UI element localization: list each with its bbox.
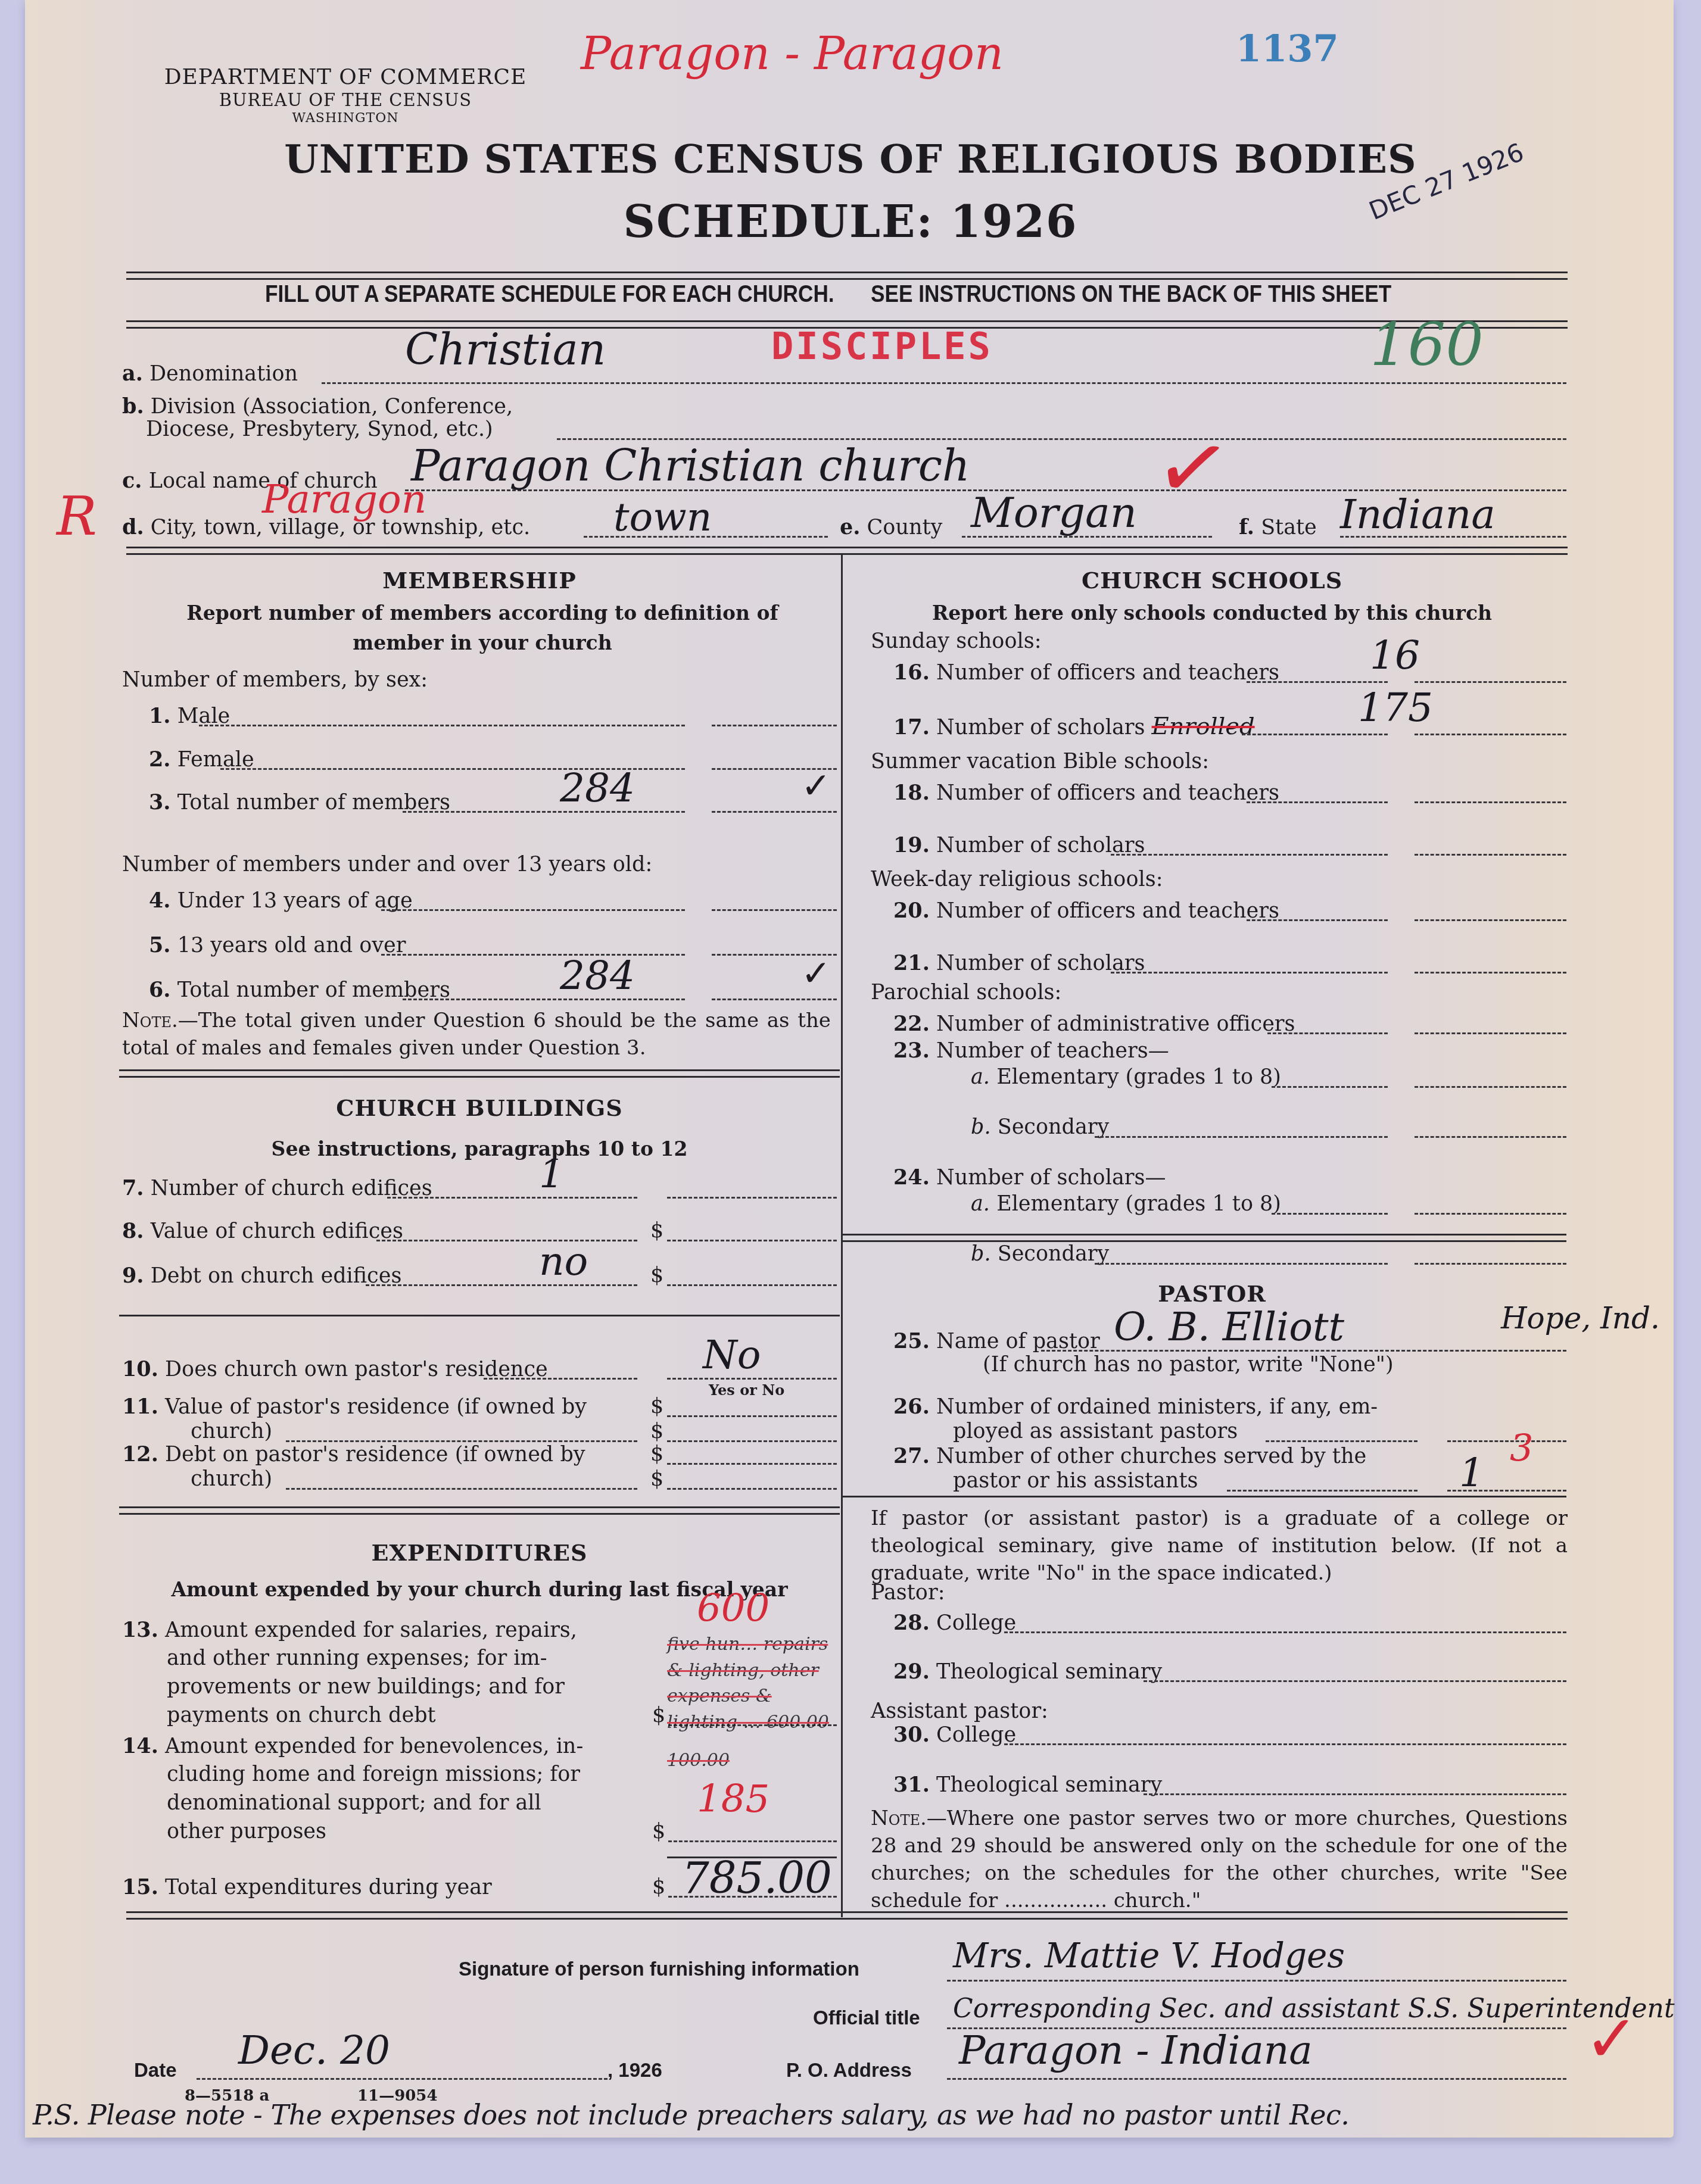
identification-divider bbox=[126, 547, 1568, 548]
school-group-label: Summer vacation Bible schools: bbox=[871, 751, 1209, 772]
building-item-field-2[interactable] bbox=[667, 1440, 837, 1442]
membership-item-value: 284 bbox=[560, 953, 635, 999]
pastor-name-value: O. B. Elliott bbox=[1114, 1304, 1344, 1350]
education-item-field[interactable] bbox=[1144, 1680, 1566, 1682]
ps-note: P.S. Please note - The expenses does not… bbox=[33, 2099, 1349, 2131]
school-item-field-2[interactable] bbox=[1415, 1263, 1566, 1265]
official-title-value: Corresponding Sec. and assistant S.S. Su… bbox=[953, 1993, 1675, 2024]
building-item-label: 10. Does church own pastor's residence bbox=[122, 1359, 548, 1380]
other-churches-label-2: pastor or his assistants bbox=[953, 1471, 1198, 1492]
expenditure-label: cluding home and foreign missions; for bbox=[167, 1764, 580, 1785]
membership-item-label: 5. 13 years old and over bbox=[149, 935, 406, 956]
expenditure-label: other purposes bbox=[167, 1821, 326, 1842]
building-item-field-2[interactable] bbox=[667, 1240, 837, 1241]
building-item-field-2[interactable] bbox=[667, 1415, 837, 1417]
school-item-field[interactable] bbox=[1267, 1032, 1388, 1034]
state-value: Indiana bbox=[1340, 491, 1496, 538]
school-item-label: 23. Number of teachers— bbox=[893, 1040, 1169, 1062]
expenditure-value: 185 bbox=[697, 1777, 769, 1821]
building-item-field-2[interactable] bbox=[667, 1378, 837, 1380]
pastor-location: Hope, Ind. bbox=[1501, 1301, 1660, 1336]
school-item-value: 175 bbox=[1358, 685, 1433, 731]
city-value: town bbox=[613, 494, 712, 540]
building-item-field-2[interactable] bbox=[667, 1197, 837, 1199]
denomination-stamp: DISCIPLES bbox=[771, 325, 993, 368]
subtotal-rule bbox=[667, 1857, 837, 1858]
date-field[interactable] bbox=[197, 2078, 607, 2080]
expenditure-label: provements or new buildings; and for bbox=[167, 1677, 565, 1698]
building-item-value: 1 bbox=[539, 1151, 564, 1197]
header-divider bbox=[126, 272, 1568, 273]
building-item-label: 9. Debt on church edifices bbox=[122, 1265, 401, 1287]
building-item-label-2: church) bbox=[191, 1469, 272, 1490]
assistant-pastors-field-2[interactable] bbox=[1447, 1440, 1566, 1442]
membership-item-label: 3. Total number of members bbox=[149, 792, 450, 813]
school-item-field-2[interactable] bbox=[1415, 854, 1566, 856]
school-item-field[interactable] bbox=[1095, 1263, 1388, 1265]
department-name: DEPARTMENT OF COMMERCE bbox=[131, 64, 560, 90]
dollar-sign: $ bbox=[652, 1877, 665, 1898]
city-annotation: Paragon bbox=[262, 476, 426, 522]
dollar-sign: $ bbox=[650, 1421, 663, 1442]
education-item-label: 28. College bbox=[893, 1612, 1016, 1634]
city-name: WASHINGTON bbox=[131, 111, 560, 126]
checkmark-icon: ✓ bbox=[801, 953, 831, 994]
po-address-label: P. O. Address bbox=[786, 2060, 912, 2080]
building-item-field[interactable] bbox=[366, 1284, 637, 1286]
school-item-label: 21. Number of scholars bbox=[893, 953, 1145, 974]
expenditure-label: denominational support; and for all bbox=[167, 1793, 541, 1814]
school-group-label: Sunday schools: bbox=[871, 631, 1041, 652]
school-item-field-2[interactable] bbox=[1415, 681, 1566, 683]
membership-subheading: Report number of members according to de… bbox=[155, 598, 810, 657]
building-item-field[interactable] bbox=[484, 1378, 637, 1380]
local-name-value: Paragon Christian church bbox=[411, 441, 970, 491]
building-item-field-2[interactable] bbox=[667, 1284, 837, 1286]
buildings-heading: CHURCH BUILDINGS bbox=[119, 1094, 840, 1121]
building-item-field-2[interactable] bbox=[667, 1463, 837, 1465]
membership-item-field-2[interactable] bbox=[712, 999, 837, 1000]
pastor-divider bbox=[843, 1496, 1566, 1497]
dollar-sign: $ bbox=[652, 1705, 665, 1726]
school-item-field-2[interactable] bbox=[1415, 972, 1566, 974]
schools-divider bbox=[843, 1234, 1566, 1235]
date-year: , 1926 bbox=[607, 2060, 662, 2080]
education-item-field[interactable] bbox=[1144, 1793, 1566, 1795]
pastor-subhead: Pastor: bbox=[871, 1583, 945, 1603]
education-item-field[interactable] bbox=[1004, 1631, 1566, 1633]
date-value: Dec. 20 bbox=[238, 2027, 390, 2073]
department-block: DEPARTMENT OF COMMERCE BUREAU OF THE CEN… bbox=[131, 64, 560, 126]
struck-entry: five hun… repairs & lighting, other expe… bbox=[667, 1631, 834, 1735]
membership-item-value: 284 bbox=[560, 765, 635, 811]
pastor-name-field[interactable] bbox=[1041, 1350, 1566, 1352]
bureau-name: BUREAU OF THE CENSUS bbox=[131, 90, 560, 111]
membership-item-label: 4. Under 13 years of age bbox=[149, 890, 413, 912]
membership-divider bbox=[119, 1069, 840, 1071]
school-item-field-2[interactable] bbox=[1415, 919, 1566, 921]
checkmark-icon: ✓ bbox=[801, 765, 831, 807]
assistant-pastors-label: 26. Number of ordained ministers, if any… bbox=[893, 1396, 1378, 1418]
struck-entry: 100.00 bbox=[667, 1748, 834, 1774]
footer-divider bbox=[126, 1911, 1568, 1913]
building-item-label: 11. Value of pastor's residence (if owne… bbox=[122, 1396, 587, 1418]
yes-no-hint: Yes or No bbox=[709, 1381, 784, 1399]
buildings-mid-divider bbox=[119, 1315, 840, 1316]
expenditure-field[interactable] bbox=[668, 1840, 837, 1842]
signature-field[interactable] bbox=[947, 1980, 1566, 1982]
membership-item-field[interactable] bbox=[381, 909, 685, 911]
assistant-subhead: Assistant pastor: bbox=[871, 1701, 1048, 1722]
dollar-sign: $ bbox=[650, 1444, 663, 1465]
expenditure-label: and other running expenses; for im- bbox=[167, 1648, 547, 1669]
school-item-label: b. Secondary bbox=[971, 1244, 1109, 1265]
form-title: UNITED STATES CENSUS OF RELIGIOUS BODIES bbox=[0, 136, 1701, 182]
school-item-field[interactable] bbox=[1111, 854, 1388, 856]
po-address-value: Paragon - Indiana bbox=[959, 2027, 1313, 2073]
education-intro: If pastor (or assistant pastor) is a gra… bbox=[871, 1505, 1568, 1587]
building-item-field[interactable] bbox=[387, 1197, 637, 1199]
school-item-field[interactable] bbox=[1247, 801, 1388, 803]
school-item-field[interactable] bbox=[1272, 1213, 1388, 1215]
school-item-label: 20. Number of officers and teachers bbox=[893, 900, 1279, 922]
state-label: f. State bbox=[1239, 517, 1317, 538]
division-label: b. Division (Association, Conference, bbox=[122, 396, 513, 417]
school-item-label: 17. Number of scholars Enrolled bbox=[893, 715, 1255, 738]
banner-right: SEE INSTRUCTIONS ON THE BACK OF THIS SHE… bbox=[871, 281, 1391, 308]
dollar-sign: $ bbox=[650, 1221, 663, 1241]
schools-subheading: Report here only schools conducted by th… bbox=[858, 598, 1566, 628]
school-group-label: Parochial schools: bbox=[871, 982, 1061, 1003]
signature-label: Signature of person furnishing informati… bbox=[459, 1959, 859, 1979]
school-item-field[interactable] bbox=[1242, 734, 1388, 735]
membership-item-field[interactable] bbox=[199, 725, 685, 726]
school-item-field[interactable] bbox=[1272, 1086, 1388, 1088]
school-item-label: a. Elementary (grades 1 to 8) bbox=[971, 1194, 1281, 1215]
pastor-note: Note.—Where one pastor serves two or mor… bbox=[871, 1805, 1568, 1915]
school-item-field-2[interactable] bbox=[1415, 1086, 1566, 1088]
pastor-name-hint: (If church has no pastor, write "None") bbox=[983, 1355, 1394, 1375]
membership-item-field[interactable] bbox=[381, 954, 685, 956]
school-item-label: 24. Number of scholars— bbox=[893, 1167, 1166, 1188]
date-label: Date bbox=[134, 2060, 177, 2080]
school-item-label: 16. Number of officers and teachers bbox=[893, 662, 1279, 684]
membership-heading: MEMBERSHIP bbox=[119, 567, 840, 594]
official-title-label: Official title bbox=[813, 2008, 920, 2027]
banner-left: FILL OUT A SEPARATE SCHEDULE FOR EACH CH… bbox=[265, 281, 834, 308]
school-item-value: 16 bbox=[1370, 632, 1420, 678]
margin-mark: R bbox=[57, 485, 97, 548]
assistant-pastors-field[interactable] bbox=[1266, 1440, 1417, 1442]
school-item-label: b. Secondary bbox=[971, 1117, 1109, 1138]
file-number-stamp: 1137 bbox=[1236, 27, 1339, 70]
signature-value: Mrs. Mattie V. Hodges bbox=[953, 1935, 1345, 1976]
building-item-label: 12. Debt on pastor's residence (if owned… bbox=[122, 1444, 585, 1465]
expenditure-label: 15. Total expenditures during year bbox=[122, 1877, 492, 1898]
other-churches-value: 1 bbox=[1459, 1450, 1484, 1496]
membership-item-field-2[interactable] bbox=[712, 811, 837, 813]
building-item-field[interactable] bbox=[286, 1488, 637, 1490]
membership-item-label: 2. Female bbox=[149, 749, 254, 770]
membership-by-age-label: Number of members under and over 13 year… bbox=[122, 854, 652, 875]
education-item-field[interactable] bbox=[1004, 1743, 1566, 1745]
education-item-label: 29. Theological seminary bbox=[893, 1661, 1162, 1683]
school-item-field-2[interactable] bbox=[1415, 1213, 1566, 1215]
assistant-pastors-label-2: ployed as assistant pastors bbox=[953, 1421, 1238, 1442]
buildings-subheading: See instructions, paragraphs 10 to 12 bbox=[119, 1134, 840, 1164]
school-item-label: 22. Number of administrative officers bbox=[893, 1013, 1295, 1035]
membership-note: Note.—The total given under Question 6 s… bbox=[122, 1007, 831, 1062]
dollar-sign: $ bbox=[650, 1469, 663, 1490]
expenditure-label: payments on church debt bbox=[167, 1705, 436, 1726]
building-item-label: 7. Number of church edifices bbox=[122, 1178, 432, 1199]
membership-item-field[interactable] bbox=[403, 999, 685, 1000]
school-item-field[interactable] bbox=[1247, 681, 1388, 683]
expenditure-value: 785.00 bbox=[682, 1853, 832, 1903]
membership-item-field-2[interactable] bbox=[712, 725, 837, 726]
expenditures-heading: EXPENDITURES bbox=[119, 1539, 840, 1566]
pastor-name-label: 25. Name of pastor bbox=[893, 1331, 1100, 1352]
school-item-field[interactable] bbox=[1111, 972, 1388, 974]
county-value: Morgan bbox=[971, 488, 1137, 537]
other-churches-field[interactable] bbox=[1227, 1490, 1417, 1492]
division-field[interactable] bbox=[557, 438, 1566, 440]
dollar-sign: $ bbox=[650, 1396, 663, 1417]
school-item-field[interactable] bbox=[1247, 919, 1388, 921]
expenditure-label: 13. Amount expended for salaries, repair… bbox=[122, 1620, 577, 1641]
annotation-paragon: Paragon - Paragon bbox=[581, 27, 1004, 80]
other-churches-label: 27. Number of other churches served by t… bbox=[893, 1446, 1366, 1467]
denomination-field[interactable] bbox=[322, 382, 1566, 384]
denomination-label: a. Denomination bbox=[122, 363, 298, 385]
banner-divider bbox=[126, 320, 1568, 322]
po-address-field[interactable] bbox=[947, 2078, 1566, 2080]
building-item-value: No bbox=[703, 1332, 761, 1378]
education-item-label: 30. College bbox=[893, 1724, 1016, 1746]
expenditure-label: 14. Amount expended for benevolences, in… bbox=[122, 1736, 583, 1757]
membership-by-sex-label: Number of members, by sex: bbox=[122, 670, 428, 691]
school-item-label: 18. Number of officers and teachers bbox=[893, 782, 1279, 804]
building-item-field-2[interactable] bbox=[667, 1488, 837, 1490]
other-churches-correction: 3 bbox=[1510, 1426, 1533, 1469]
column-divider bbox=[841, 554, 843, 1917]
division-label-2: Diocese, Presbytery, Synod, etc.) bbox=[146, 419, 493, 440]
school-item-field-2[interactable] bbox=[1415, 1136, 1566, 1138]
dollar-sign: $ bbox=[652, 1821, 665, 1842]
school-item-label: a. Elementary (grades 1 to 8) bbox=[971, 1067, 1281, 1088]
building-item-label: 8. Value of church edifices bbox=[122, 1221, 403, 1242]
pastor-heading: PASTOR bbox=[858, 1280, 1566, 1307]
schedule-year: SCHEDULE: 1926 bbox=[0, 196, 1701, 248]
membership-item-field[interactable] bbox=[403, 811, 685, 813]
school-item-field-2[interactable] bbox=[1415, 1032, 1566, 1034]
school-item-label: 19. Number of scholars bbox=[893, 835, 1145, 856]
school-item-field[interactable] bbox=[1095, 1136, 1388, 1138]
schools-heading: CHURCH SCHOOLS bbox=[858, 567, 1566, 594]
county-label: e. County bbox=[840, 517, 942, 538]
membership-item-label: 1. Male bbox=[149, 706, 230, 727]
denomination-value: Christian bbox=[405, 325, 606, 375]
dollar-sign: $ bbox=[650, 1265, 663, 1286]
denomination-code: 160 bbox=[1370, 310, 1484, 379]
checkmark-icon: ✓ bbox=[1584, 2001, 1639, 2077]
buildings-divider bbox=[119, 1506, 840, 1508]
school-item-field-2[interactable] bbox=[1415, 801, 1566, 803]
building-item-value: no bbox=[539, 1238, 588, 1284]
building-item-field[interactable] bbox=[376, 1240, 637, 1241]
education-item-label: 31. Theological seminary bbox=[893, 1774, 1162, 1796]
building-item-field[interactable] bbox=[286, 1440, 637, 1442]
school-group-label: Week-day religious schools: bbox=[871, 869, 1163, 890]
membership-item-field-2[interactable] bbox=[712, 909, 837, 911]
building-item-label-2: church) bbox=[191, 1421, 272, 1442]
school-item-field-2[interactable] bbox=[1415, 734, 1566, 735]
membership-item-label: 6. Total number of members bbox=[149, 979, 450, 1001]
expenditure-value: 600 bbox=[697, 1587, 769, 1631]
